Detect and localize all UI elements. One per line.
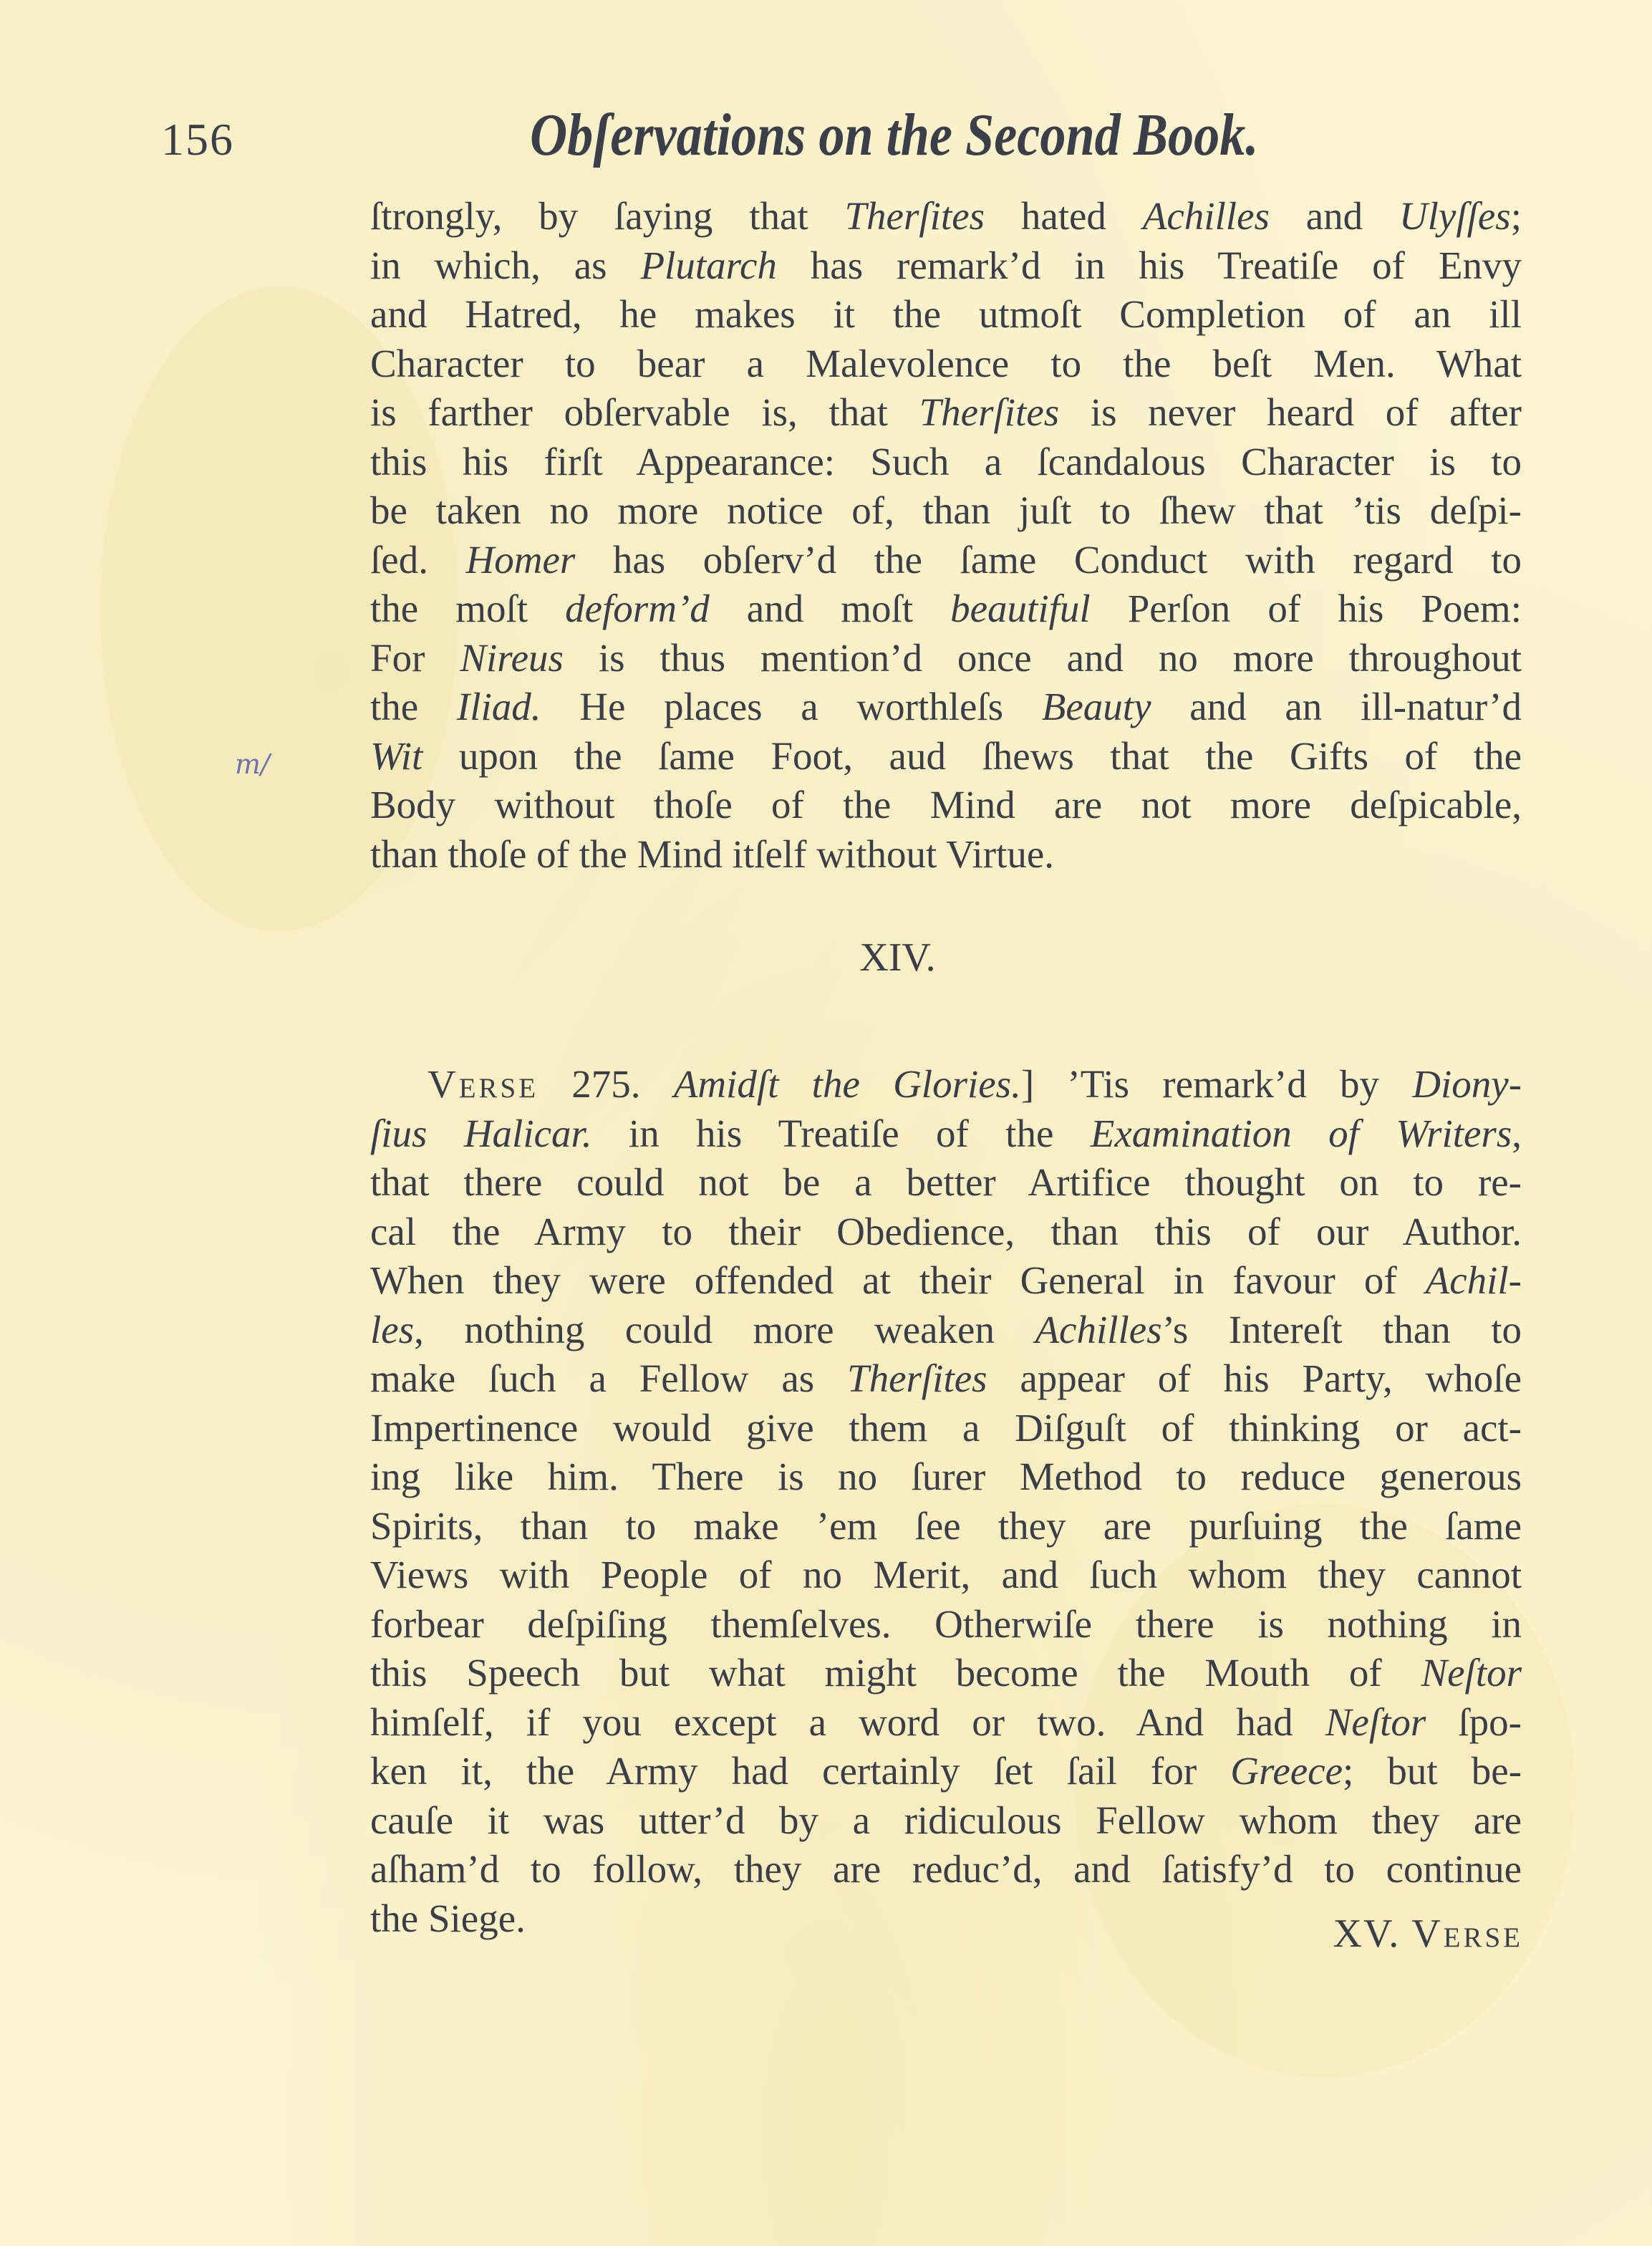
text-line: be taken no more notice of, than juſt to… — [370, 486, 1522, 536]
italic-run: les — [370, 1308, 414, 1351]
text-run: ſtrongly, by ſaying that — [370, 194, 844, 238]
handwritten-margin-note: m/ — [235, 748, 270, 780]
italic-run: Therſites — [844, 194, 985, 238]
text-line: the Iliad. He places a worthleſs Beauty … — [370, 683, 1522, 732]
text-run: Body without thoſe of the Mind are not m… — [370, 783, 1522, 826]
text-line: forbear deſpiſing themſelves. Otherwiſe … — [370, 1600, 1522, 1649]
text-run: himſelf, if you except a word or two. An… — [370, 1700, 1325, 1744]
section-heading-xiv: XIV. — [0, 935, 1652, 980]
text-run: in which, as — [370, 244, 640, 287]
text-line: For Nireus is thus mention’d once and no… — [370, 634, 1522, 683]
text-run: , nothing could more weaken — [414, 1308, 1035, 1351]
text-line: that there could not be a better Artific… — [370, 1158, 1522, 1208]
text-line: Character to bear a Malevolence to the b… — [370, 339, 1522, 389]
text-run: For — [370, 636, 460, 680]
text-run: and — [1270, 194, 1399, 238]
italic-run: Therſites — [919, 390, 1060, 434]
text-run: ſpo- — [1426, 1700, 1522, 1744]
italic-run: deform’d — [565, 587, 710, 630]
section-2-body: Verse 275. Amidſt the Glories.] ’Tis rem… — [370, 1060, 1522, 1943]
book-page: 156 Obſervations on the Second Book. m/ … — [0, 0, 1652, 2246]
text-run: ; but be- — [1343, 1749, 1522, 1793]
italic-run: Beauty — [1042, 685, 1151, 728]
text-run: is farther obſervable is, that — [370, 390, 919, 434]
italic-run: Wit — [370, 734, 422, 778]
text-run: this Speech but what might become the Mo… — [370, 1651, 1421, 1695]
italic-run: ſius Halicar. — [370, 1112, 592, 1155]
italic-run: Diony- — [1412, 1062, 1522, 1106]
italic-run: Therſites — [847, 1356, 987, 1400]
text-run: and an ill-natur’d — [1151, 685, 1522, 728]
section-1-body: ſtrongly, by ſaying that Therſites hated… — [370, 192, 1522, 879]
text-run: hated — [985, 194, 1143, 238]
italic-run: Amidſt the Glories. — [674, 1062, 1021, 1106]
text-line: and Hatred, he makes it the utmoſt Compl… — [370, 290, 1522, 339]
text-run: When they were offended at their General… — [370, 1258, 1426, 1302]
text-run: is thus mention’d once and no more throu… — [564, 636, 1522, 680]
catchword-word: Verse — [1411, 1912, 1523, 1956]
text-line: cauſe it was utter’d by a ridiculous Fel… — [370, 1796, 1522, 1846]
italic-run: Iliad. — [457, 685, 541, 728]
italic-run: beautiful — [950, 587, 1091, 630]
text-run: this his firſt Appearance: Such a ſcanda… — [370, 440, 1522, 483]
text-run: Impertinence would give them a Diſguſt o… — [370, 1406, 1522, 1450]
italic-run: Neſtor — [1325, 1700, 1426, 1744]
text-line: When they were offended at their General… — [370, 1256, 1522, 1306]
text-run: and Hatred, he makes it the utmoſt Compl… — [370, 292, 1522, 336]
text-run: that there could not be a better Artific… — [370, 1160, 1522, 1204]
text-line: Wit upon the ſame Foot, aud ſhews that t… — [370, 732, 1522, 781]
text-run: cal the Army to their Obedience, than th… — [370, 1210, 1522, 1253]
text-run: 275. — [538, 1062, 674, 1106]
text-line: this his firſt Appearance: Such a ſcanda… — [370, 438, 1522, 487]
text-run: the Siege. — [370, 1896, 526, 1940]
text-run: appear of his Party, whoſe — [987, 1356, 1522, 1400]
text-run: ſed. — [370, 538, 466, 582]
text-run: cauſe it was utter’d by a ridiculous Fel… — [370, 1798, 1522, 1842]
italic-run: Plutarch — [640, 244, 776, 287]
text-run: has obſerv’d the ſame Conduct with regar… — [575, 538, 1522, 582]
italic-run: Achilles — [1035, 1308, 1161, 1351]
italic-run: Ulyſſes — [1399, 194, 1511, 238]
text-run: Views with People of no Merit, and ſuch … — [370, 1553, 1522, 1596]
text-line: cal the Army to their Obedience, than th… — [370, 1208, 1522, 1257]
text-run: and moſt — [710, 587, 950, 630]
text-line: les, nothing could more weaken Achilles’… — [370, 1306, 1522, 1355]
text-line: is farther obſervable is, that Therſites… — [370, 388, 1522, 438]
text-line: himſelf, if you except a word or two. An… — [370, 1698, 1522, 1748]
text-run: ken it, the Army had certainly ſet ſail … — [370, 1749, 1230, 1793]
text-line: Body without thoſe of the Mind are not m… — [370, 781, 1522, 830]
page-number: 156 — [161, 113, 234, 166]
italic-run: Examination of Writers — [1091, 1112, 1512, 1155]
text-line: than thoſe of the Mind itſelf without Vi… — [370, 830, 1522, 879]
text-line: the moſt deform’d and moſt beautiful Per… — [370, 584, 1522, 634]
text-run: Character to bear a Malevolence to the b… — [370, 342, 1522, 385]
italic-run: Nireus — [460, 636, 564, 680]
page-title: Obſervations on the Second Book. — [530, 100, 1258, 170]
text-run: Perſon of his Poem: — [1091, 587, 1522, 630]
italic-run: Neſtor — [1421, 1651, 1522, 1695]
text-line: Views with People of no Merit, and ſuch … — [370, 1551, 1522, 1600]
text-run: ing like him. There is no ſurer Method t… — [370, 1455, 1522, 1498]
italic-run: Homer — [466, 538, 576, 582]
text-run: He places a worthleſs — [541, 685, 1042, 728]
text-run: upon the ſame Foot, aud ſhews that the G… — [422, 734, 1522, 778]
text-line: Impertinence would give them a Diſguſt o… — [370, 1404, 1522, 1453]
text-run: ; — [1511, 194, 1522, 238]
text-run: than thoſe of the Mind itſelf without Vi… — [370, 832, 1054, 876]
italic-run: Achilles — [1143, 194, 1270, 238]
catchword: XV. Verse — [1333, 1911, 1523, 1957]
text-line: this Speech but what might become the Mo… — [370, 1649, 1522, 1698]
text-line: ſius Halicar. in his Treatiſe of the Exa… — [370, 1109, 1522, 1159]
text-run: be taken no more notice of, than juſt to… — [370, 488, 1522, 532]
text-line: Spirits, than to make ’em ſee they are p… — [370, 1502, 1522, 1551]
text-run: , — [1512, 1112, 1522, 1155]
small-caps-run: Verse — [428, 1062, 538, 1106]
italic-run: Achil- — [1426, 1258, 1522, 1302]
text-run: the — [370, 685, 457, 728]
text-line: ken it, the Army had certainly ſet ſail … — [370, 1747, 1522, 1796]
text-run: make ſuch a Fellow as — [370, 1356, 847, 1400]
text-run: ] ’Tis remark’d by — [1021, 1062, 1412, 1106]
italic-run: Greece — [1230, 1749, 1343, 1793]
text-line: make ſuch a Fellow as Therſites appear o… — [370, 1354, 1522, 1404]
text-line: ſtrongly, by ſaying that Therſites hated… — [370, 192, 1522, 241]
text-line: ſed. Homer has obſerv’d the ſame Conduct… — [370, 536, 1522, 585]
text-line: in which, as Plutarch has remark’d in hi… — [370, 241, 1522, 291]
text-run: ’s Intereſt than to — [1162, 1308, 1522, 1351]
text-line: Verse 275. Amidſt the Glories.] ’Tis rem… — [370, 1060, 1522, 1109]
running-head: 156 Obſervations on the Second Book. — [161, 100, 1450, 179]
text-run: Spirits, than to make ’em ſee they are p… — [370, 1504, 1522, 1548]
text-line: aſham’d to follow, they are reduc’d, and… — [370, 1845, 1522, 1894]
text-run: in his Treatiſe of the — [592, 1112, 1091, 1155]
text-run: the moſt — [370, 587, 565, 630]
text-run: forbear deſpiſing themſelves. Otherwiſe … — [370, 1602, 1522, 1646]
text-run: aſham’d to follow, they are reduc’d, and… — [370, 1847, 1522, 1891]
text-run: is never heard of after — [1059, 390, 1522, 434]
text-run: has remark’d in his Treatiſe of Envy — [777, 244, 1522, 287]
catchword-numeral: XV. — [1333, 1912, 1401, 1956]
text-line: ing like him. There is no ſurer Method t… — [370, 1452, 1522, 1502]
